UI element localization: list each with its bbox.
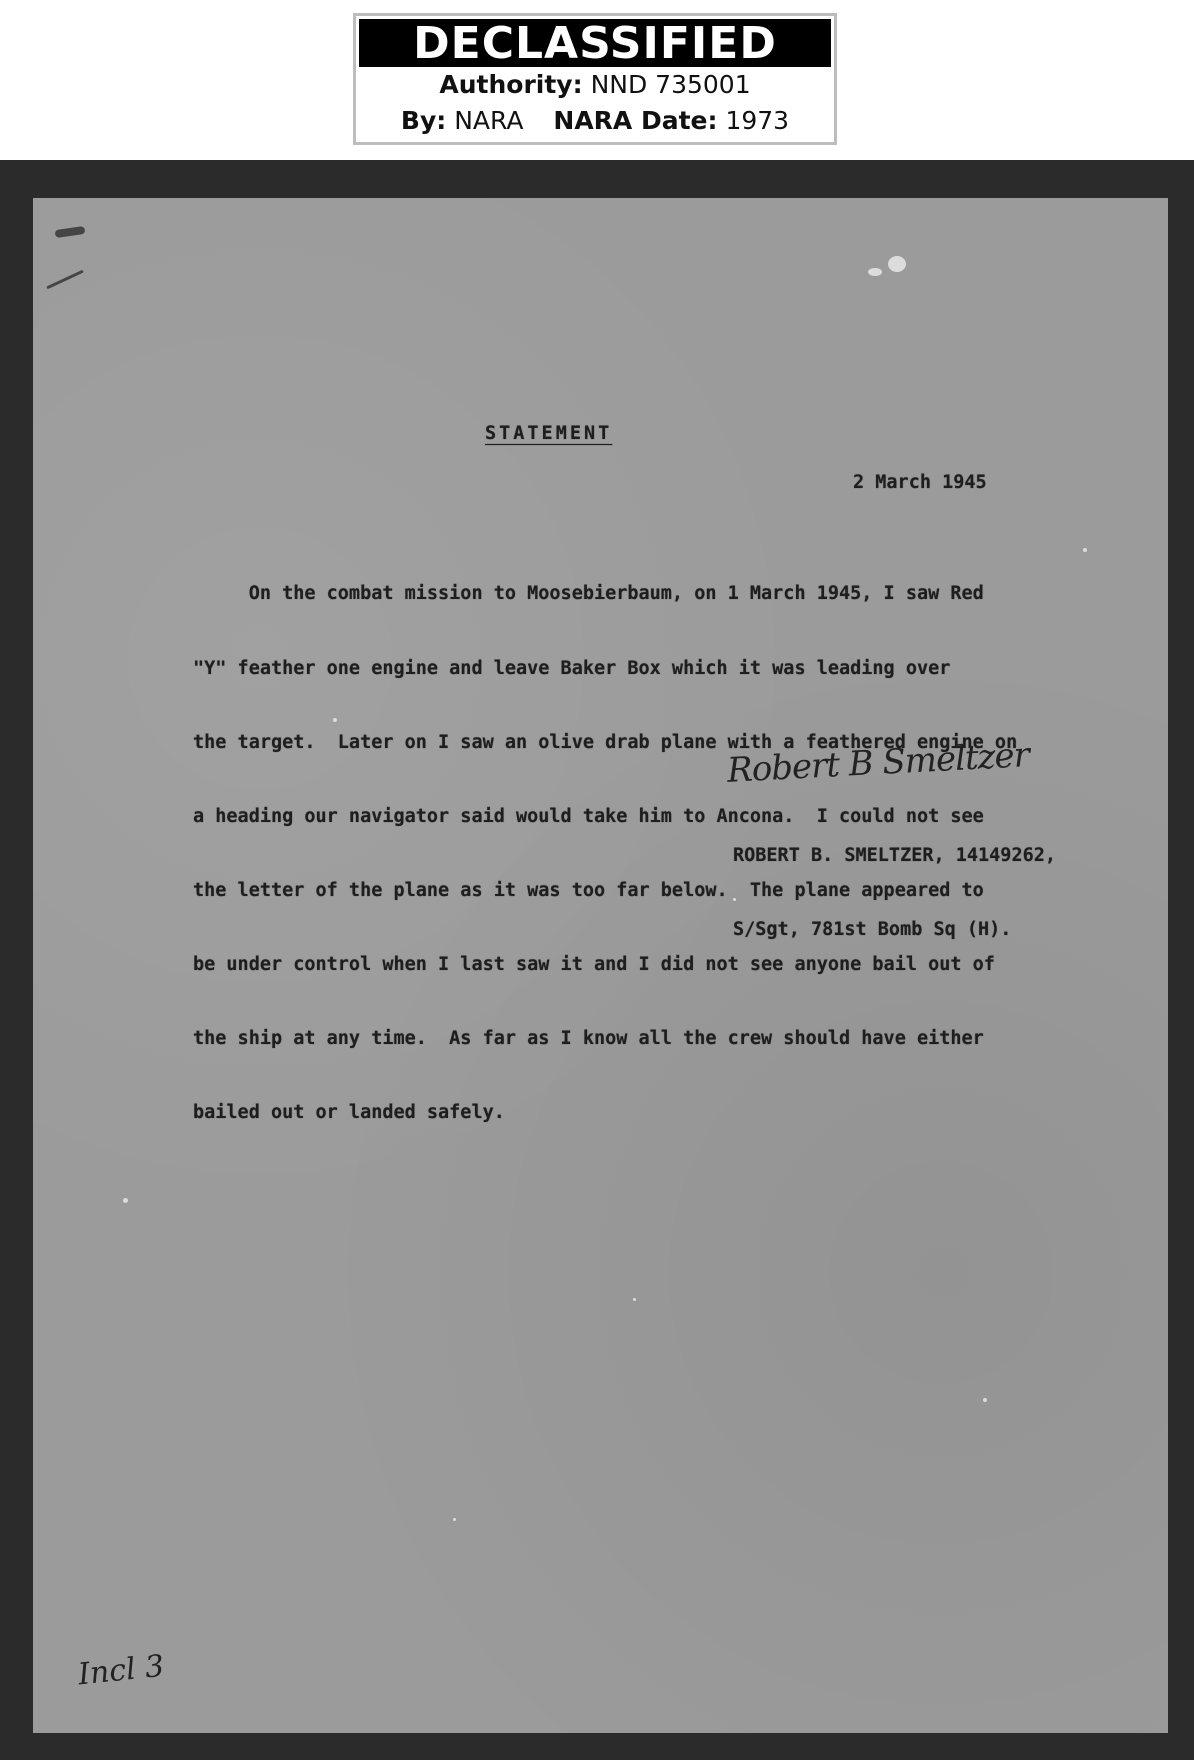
scanned-document-frame: STATEMENT 2 March 1945 On the combat mis… bbox=[0, 160, 1194, 1760]
authority-label: Authority: bbox=[439, 70, 582, 99]
body-line: bailed out or landed safely. bbox=[193, 1101, 1017, 1126]
nara-date-label: NARA Date: bbox=[553, 106, 717, 135]
stamp-authority: Authority: NND 735001 bbox=[356, 67, 834, 103]
document-page: STATEMENT 2 March 1945 On the combat mis… bbox=[33, 198, 1168, 1733]
authority-value: NND 735001 bbox=[591, 70, 751, 99]
scan-speck bbox=[633, 1298, 636, 1301]
signer-rank-line: S/Sgt, 781st Bomb Sq (H). bbox=[733, 918, 1056, 943]
document-date: 2 March 1945 bbox=[853, 472, 987, 493]
body-line: On the combat mission to Moosebierbaum, … bbox=[193, 582, 1017, 607]
scan-smudge bbox=[46, 270, 84, 290]
signer-block: ROBERT B. SMELTZER, 14149262, S/Sgt, 781… bbox=[733, 795, 1056, 991]
by-label: By: bbox=[401, 106, 446, 135]
declassification-stamp: DECLASSIFIED Authority: NND 735001 By: N… bbox=[353, 13, 837, 145]
stamp-title: DECLASSIFIED bbox=[359, 19, 831, 67]
scan-speck bbox=[888, 256, 906, 272]
document-heading: STATEMENT bbox=[485, 423, 612, 444]
scan-speck bbox=[123, 1198, 128, 1203]
scan-speck bbox=[983, 1398, 987, 1402]
scan-smudge bbox=[55, 226, 86, 238]
scan-speck bbox=[453, 1518, 456, 1521]
by-value: NARA bbox=[454, 106, 523, 135]
scan-speck bbox=[868, 268, 882, 276]
nara-date-value: 1973 bbox=[725, 106, 789, 135]
signer-name-line: ROBERT B. SMELTZER, 14149262, bbox=[733, 844, 1056, 869]
scan-speck bbox=[1083, 548, 1087, 552]
body-line: the ship at any time. As far as I know a… bbox=[193, 1027, 1017, 1052]
enclosure-note: Incl 3 bbox=[76, 1649, 165, 1693]
stamp-by-date: By: NARA NARA Date: 1973 bbox=[356, 103, 834, 139]
body-line: "Y" feather one engine and leave Baker B… bbox=[193, 657, 1017, 682]
